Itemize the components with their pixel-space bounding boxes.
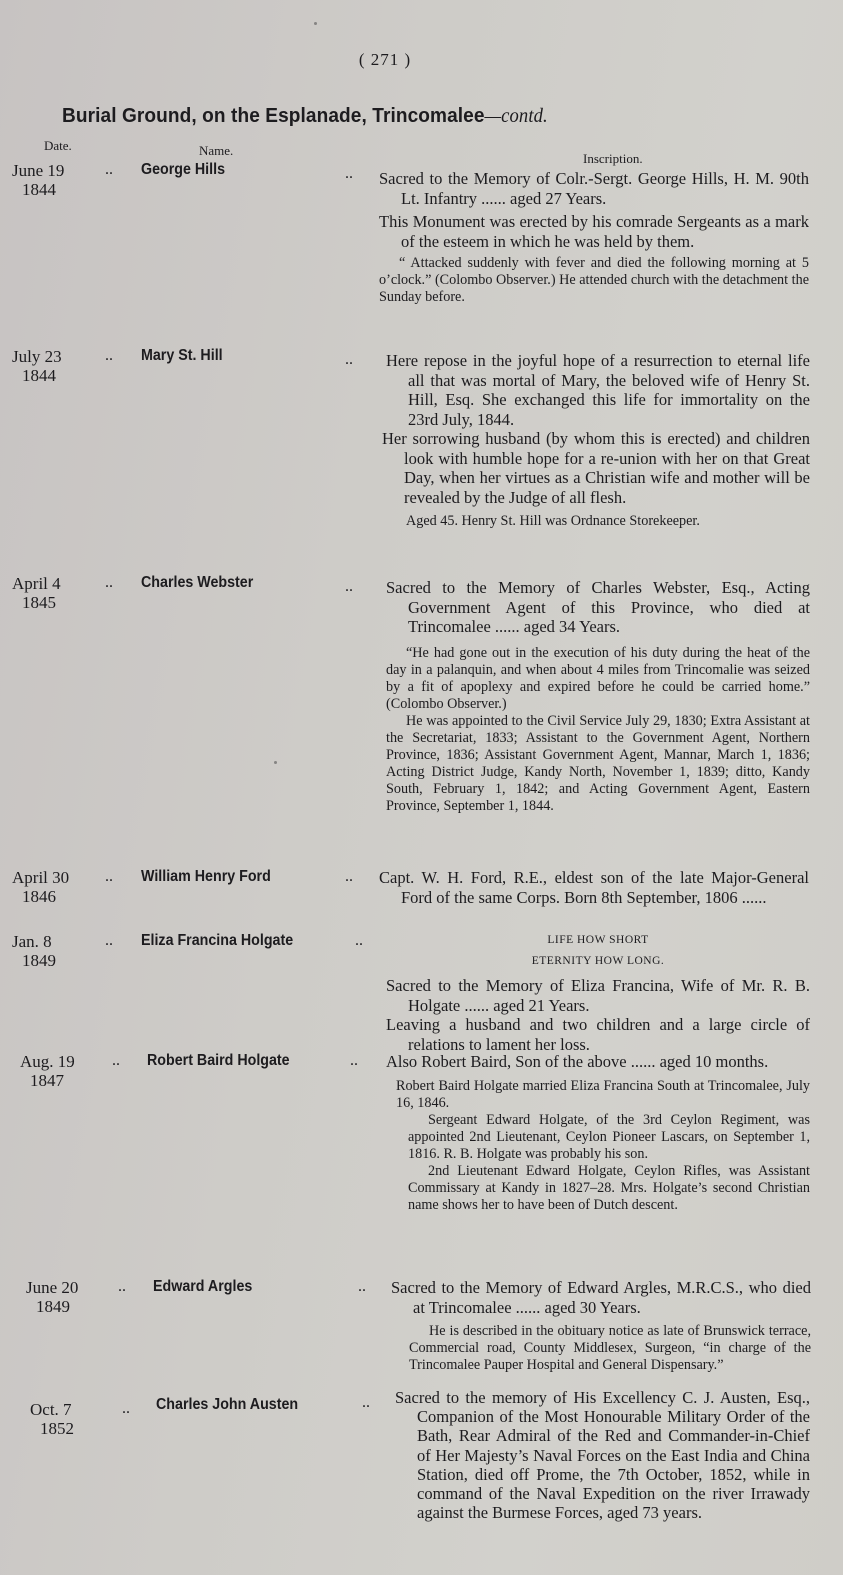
entry-date: April 301846	[12, 868, 92, 906]
entry-inscription: Sacred to the Memory of Colr.-Sergt. Geo…	[379, 169, 809, 306]
leader-dots: ..	[345, 578, 353, 596]
entry-inscription: Also Robert Baird, Son of the above ....…	[386, 1052, 810, 1214]
entry-name: Eliza Francina Holgate	[141, 932, 293, 950]
leader-dots: ..	[105, 574, 113, 592]
entry-name: George Hills	[141, 161, 225, 179]
entry-note: “ Attacked suddenly with fever and died …	[379, 255, 809, 306]
leader-dots: ..	[105, 932, 113, 950]
title-contd: —contd.	[485, 105, 548, 127]
leader-dots: ..	[358, 1278, 366, 1296]
epitaph-heading: ETERNITY HOW LONG.	[386, 951, 810, 972]
entry-note: He is described in the obituary notice a…	[409, 1323, 811, 1374]
column-header-name: Name.	[199, 143, 233, 159]
entry-date: Jan. 81849	[12, 932, 92, 970]
title-main: Burial Ground, on the Esplanade, Trincom…	[62, 104, 485, 127]
entry-inscription: Sacred to the memory of His Excellency C…	[395, 1388, 810, 1522]
leader-dots: ..	[345, 165, 353, 183]
entry-inscription: Here repose in the joyful hope of a resu…	[386, 351, 810, 530]
leader-dots: ..	[112, 1052, 120, 1070]
leader-dots: ..	[350, 1052, 358, 1070]
entry-date: Oct. 71852	[30, 1400, 110, 1438]
entry-name: William Henry Ford	[141, 868, 271, 886]
leader-dots: ..	[355, 932, 363, 950]
leader-dots: ..	[362, 1394, 370, 1412]
entry-note: Sergeant Edward Holgate, of the 3rd Ceyl…	[408, 1112, 810, 1163]
epitaph-heading: LIFE HOW SHORT	[386, 930, 810, 951]
leader-dots: ..	[105, 347, 113, 365]
entry-date: Aug. 191847	[20, 1052, 100, 1090]
paper-speck	[314, 22, 317, 25]
leader-dots: ..	[118, 1278, 126, 1296]
entry-inscription: Sacred to the Memory of Charles Webster,…	[386, 578, 810, 815]
entry-date: June 201849	[26, 1278, 106, 1316]
entry-note: “He had gone out in the execution of his…	[386, 645, 810, 713]
entry-inscription: Capt. W. H. Ford, R.E., eldest son of th…	[379, 868, 809, 907]
column-header-inscription: Inscription.	[583, 151, 643, 167]
entry-name: Edward Argles	[153, 1278, 252, 1296]
leader-dots: ..	[122, 1400, 130, 1418]
entry-date: June 191844	[12, 161, 92, 199]
leader-dots: ..	[345, 868, 353, 886]
leader-dots: ..	[105, 868, 113, 886]
entry-note: Robert Baird Holgate married Eliza Franc…	[386, 1078, 810, 1112]
entry-note: Aged 45. Henry St. Hill was Ordnance Sto…	[386, 513, 810, 530]
entry-inscription: LIFE HOW SHORT ETERNITY HOW LONG. Sacred…	[386, 930, 810, 1054]
column-header-date: Date.	[44, 138, 72, 154]
entry-date: April 41845	[12, 574, 92, 612]
entry-note: 2nd Lieutenant Edward Holgate, Ceylon Ri…	[408, 1163, 810, 1214]
entry-date: July 231844	[12, 347, 92, 385]
page-title: Burial Ground, on the Esplanade, Trincom…	[62, 104, 548, 128]
entry-name: Charles John Austen	[156, 1396, 298, 1414]
entry-name: Mary St. Hill	[141, 347, 223, 365]
leader-dots: ..	[105, 161, 113, 179]
paper-speck	[274, 761, 277, 764]
entry-name: Charles Webster	[141, 574, 253, 592]
entry-inscription: Sacred to the Memory of Edward Argles, M…	[391, 1278, 811, 1374]
entry-name: Robert Baird Holgate	[147, 1052, 290, 1070]
page-number: ( 271 )	[0, 50, 770, 70]
entry-note: He was appointed to the Civil Service Ju…	[386, 713, 810, 815]
leader-dots: ..	[345, 351, 353, 369]
